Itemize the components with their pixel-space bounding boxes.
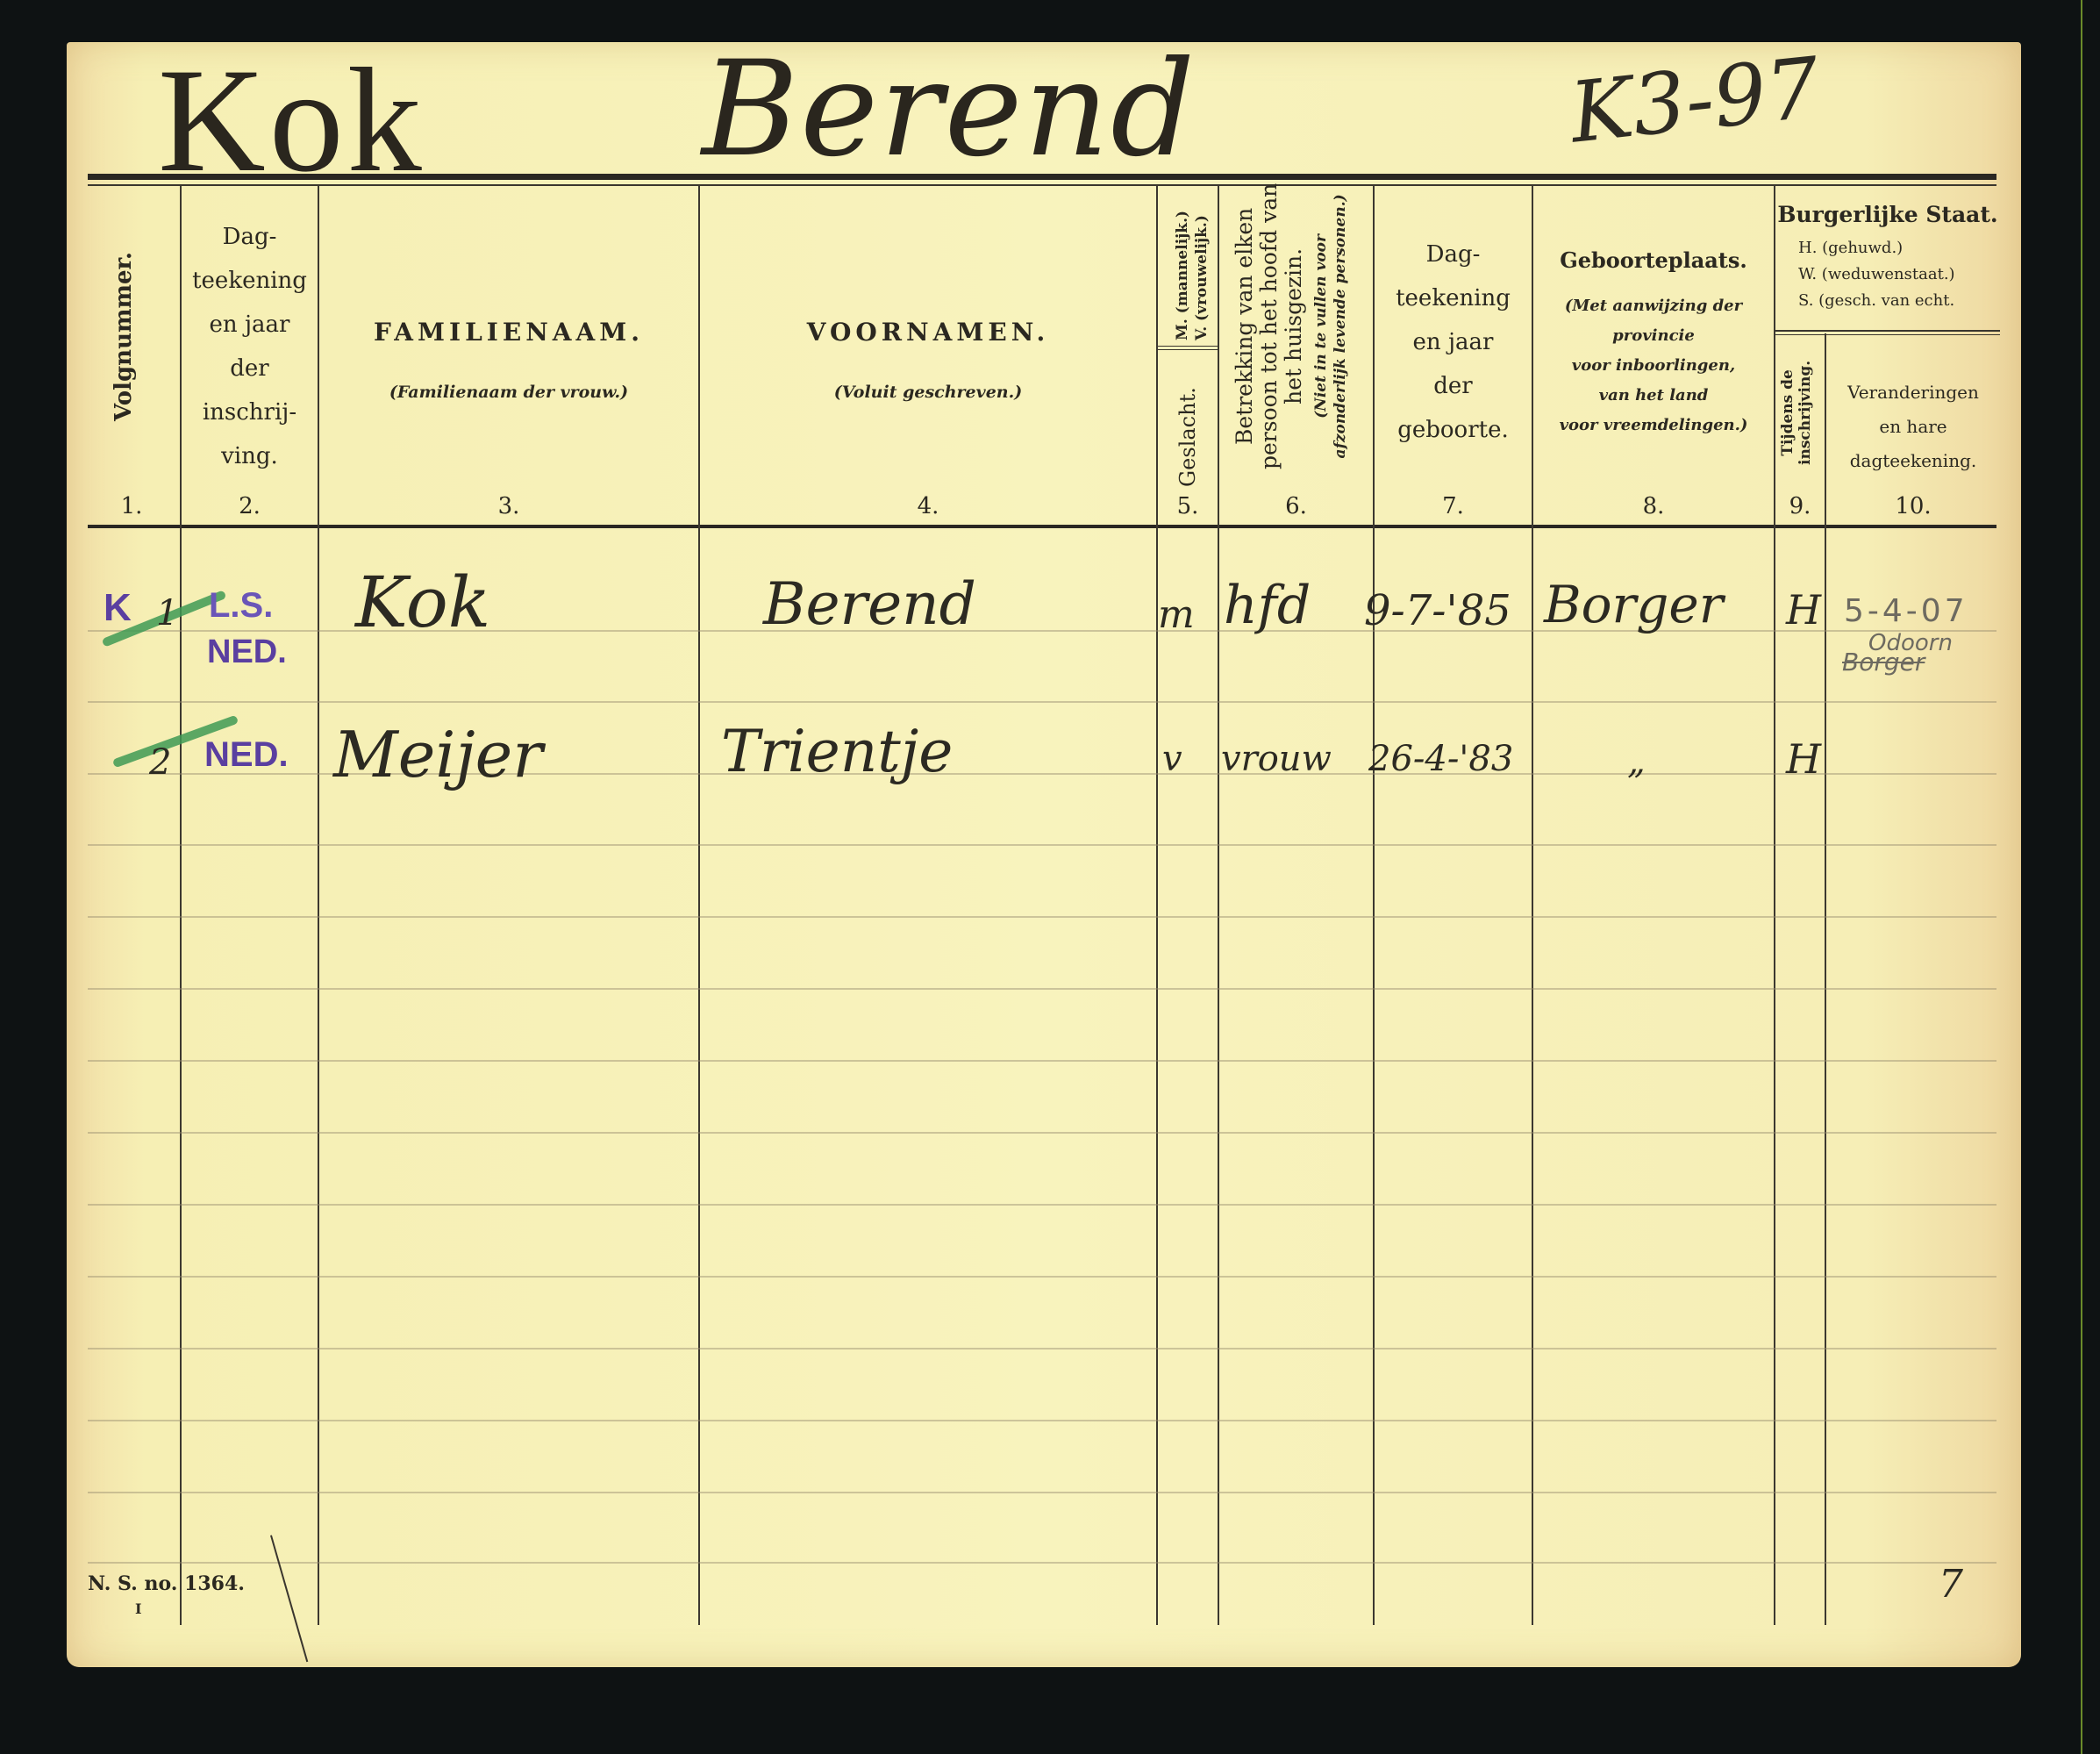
row-line bbox=[88, 1132, 1996, 1134]
row1-verandering-plaats-oud: Borger bbox=[1842, 648, 1925, 677]
row1-betrekking: hfd bbox=[1224, 575, 1311, 636]
header-burgerlijke-staat: Burgerlijke Staat. bbox=[1775, 202, 2000, 227]
header-geslacht-legend-m: M. (mannelijk.) bbox=[1174, 211, 1191, 340]
row-line bbox=[88, 1420, 1996, 1421]
row1-geboortedatum: 9-7-'85 bbox=[1364, 586, 1511, 635]
column-number-4: 4. bbox=[700, 493, 1156, 519]
row2-familienaam: Meijer bbox=[333, 718, 543, 791]
header-geboorteplaats: Geboorteplaats. bbox=[1533, 247, 1774, 273]
row1-stamp-ls: L.S. bbox=[209, 586, 273, 626]
row-line bbox=[88, 844, 1996, 846]
row-line bbox=[88, 1276, 1996, 1278]
row-line bbox=[88, 1562, 1996, 1564]
row1-geboorteplaats: Borger bbox=[1544, 575, 1723, 634]
column-number-3: 3. bbox=[319, 493, 698, 519]
column-divider-3 bbox=[698, 186, 700, 1625]
column-number-5: 5. bbox=[1158, 493, 1218, 519]
scan-edge-line bbox=[2081, 0, 2082, 1754]
row2-stamp-ned: NED. bbox=[204, 735, 289, 775]
header-volgnummer: Volgnummer. bbox=[111, 252, 137, 421]
row1-verandering-datum: 5-4-07 bbox=[1844, 593, 1968, 629]
row1-marker-k: K bbox=[104, 586, 132, 630]
row-line bbox=[88, 916, 1996, 918]
geslacht-rule bbox=[1158, 346, 1218, 350]
column-divider-8 bbox=[1774, 186, 1775, 1625]
registration-card bbox=[67, 42, 2021, 1667]
column-divider-4 bbox=[1156, 186, 1158, 1625]
header-familienaam-subtitle: (Familienaam der vrouw.) bbox=[319, 383, 698, 402]
header-familienaam: FAMILIENAAM. bbox=[319, 318, 698, 347]
row-line bbox=[88, 1204, 1996, 1206]
row1-stamp-ned: NED. bbox=[207, 634, 287, 671]
form-number: N. S. no. 1364. bbox=[88, 1572, 245, 1595]
card-given-name-heading: Berend bbox=[702, 33, 1196, 186]
row2-voornamen: Trientje bbox=[721, 718, 953, 785]
column-number-6: 6. bbox=[1219, 493, 1373, 519]
column-number-9: 9. bbox=[1775, 493, 1825, 519]
header-geslacht-legend-v: V. (vrouwelijk.) bbox=[1193, 215, 1211, 340]
row1-geslacht: m bbox=[1158, 592, 1195, 637]
row2-geslacht: v bbox=[1162, 739, 1182, 779]
header-bottom-rule bbox=[88, 525, 1996, 528]
header-voornamen: VOORNAMEN. bbox=[700, 318, 1156, 347]
column-number-10: 10. bbox=[1826, 493, 2000, 519]
column-number-7: 7. bbox=[1375, 493, 1532, 519]
row2-geboortedatum: 26-4-'83 bbox=[1368, 739, 1513, 779]
column-number-2: 2. bbox=[182, 493, 318, 519]
card-surname-heading: Kok bbox=[158, 35, 425, 206]
header-burgerlijke-staat-legend: H. (gehuwd.) W. (weduwenstaat.) S. (gesc… bbox=[1798, 235, 2000, 314]
row1-familienaam: Kok bbox=[355, 562, 490, 643]
row2-volgnummer: 2 bbox=[149, 742, 171, 783]
column-number-1: 1. bbox=[114, 493, 149, 519]
header-dagteekening-geboorte: Dag- teekening en jaar der geboorte. bbox=[1375, 233, 1532, 452]
column-divider-9 bbox=[1825, 333, 1826, 1625]
form-sub-mark: I bbox=[135, 1600, 141, 1617]
row-line bbox=[88, 988, 1996, 990]
column-divider-5 bbox=[1218, 186, 1219, 1625]
header-voornamen-subtitle: (Voluit geschreven.) bbox=[700, 383, 1156, 402]
column-number-8: 8. bbox=[1533, 493, 1774, 519]
corner-mark: 7 bbox=[1939, 1562, 1963, 1607]
row2-burgerlijke-staat: H bbox=[1786, 735, 1821, 783]
row-line bbox=[88, 1060, 1996, 1062]
row-line bbox=[88, 701, 1996, 703]
header-dagteekening-inschrijving: Dag- teekening en jaar der inschrij- vin… bbox=[182, 215, 318, 478]
header-betrekking: Betrekking van elken persoon tot het hoo… bbox=[1232, 183, 1350, 469]
row1-volgnummer: 1 bbox=[156, 593, 178, 634]
header-tijdens-inschrijving: Tijdens de inschrijving. bbox=[1779, 361, 1814, 465]
row1-burgerlijke-staat: H bbox=[1786, 586, 1821, 634]
header-geslacht: Geslacht. bbox=[1175, 387, 1200, 487]
heading-rule-thick bbox=[88, 174, 1996, 180]
heading-rule-thin bbox=[88, 184, 1996, 186]
column-divider-2 bbox=[318, 186, 319, 1625]
header-geboorteplaats-subtitle: (Met aanwijzing der provincie voor inboo… bbox=[1533, 291, 1774, 440]
row2-geboorteplaats-ditto: „ bbox=[1627, 741, 1646, 782]
row2-betrekking: vrouw bbox=[1221, 739, 1332, 779]
header-veranderingen: Veranderingen en hare dagteekening. bbox=[1826, 376, 2000, 478]
row-line bbox=[88, 1492, 1996, 1493]
burgerlijke-staat-rule bbox=[1774, 330, 2000, 335]
row1-voornamen: Berend bbox=[763, 570, 976, 638]
row-line bbox=[88, 1348, 1996, 1350]
